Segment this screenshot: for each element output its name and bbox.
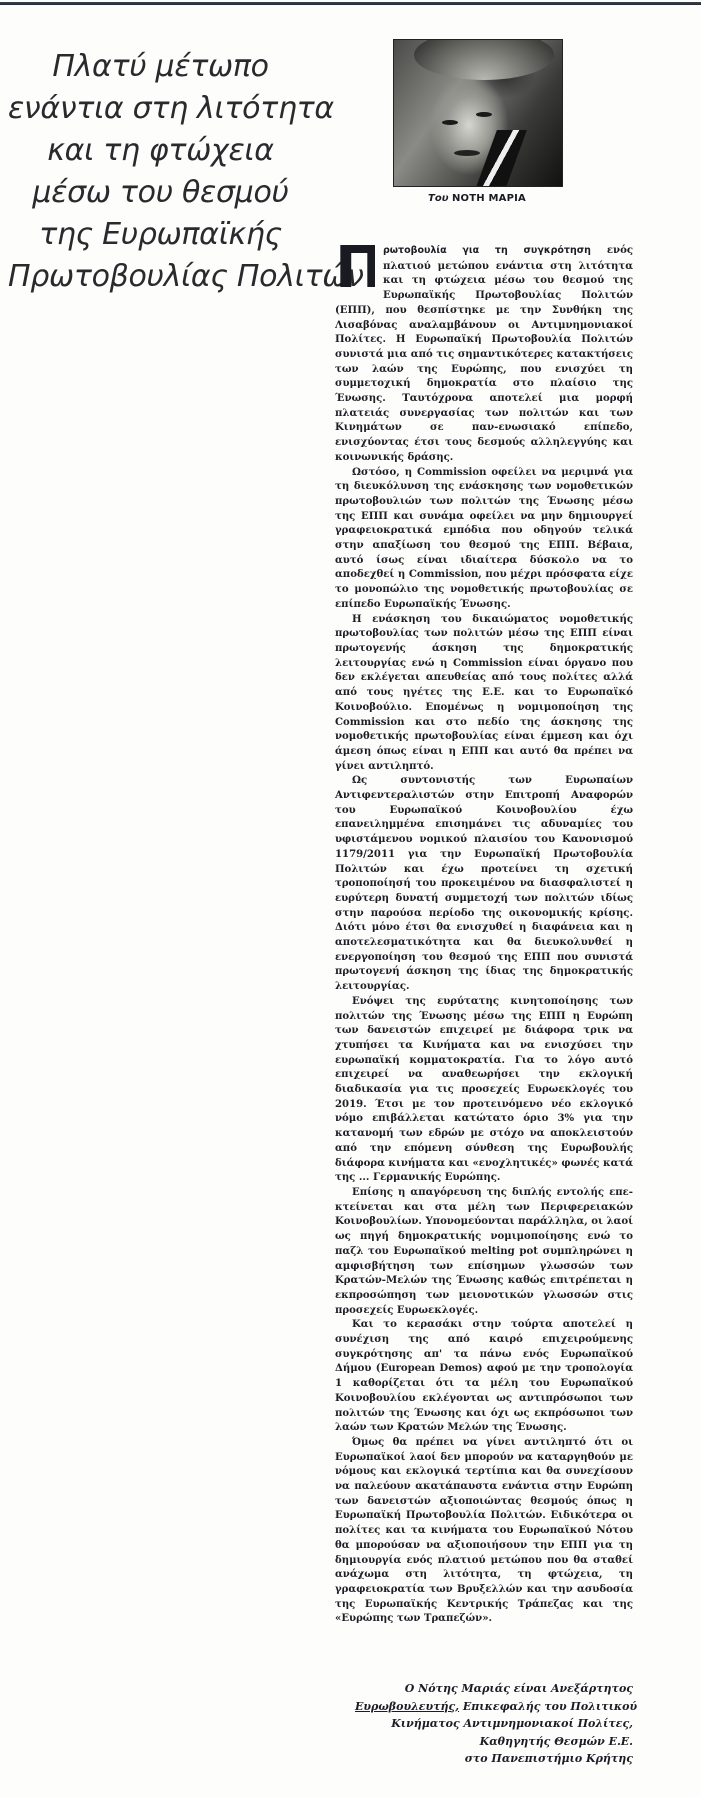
article-paragraph: Όμως θα πρέπει να γίνει αντιληπτό ότι οι… [335,1435,633,1626]
lead-in: ρωτοβουλία για τη συγκρότηση [383,245,591,256]
article-paragraph: Και το κερασάκι στην τούρτα αποτελεί η σ… [335,1317,633,1435]
headline-line: Πλατύ μέτωπο [8,46,313,88]
photo-eye [476,112,492,117]
article-paragraph: Πρωτοβουλία για τη συγκρότηση ενός πλατι… [335,243,633,465]
article-paragraph: Επίσης η απαγόρευση της διπλής εντολής ε… [335,1185,633,1317]
article-paragraph: Ωστόσο, η Commission οφείλει να μεριμνά … [335,465,633,612]
article-paragraph: Ενόψει της ευρύτατης κινητοποίησης των π… [335,994,633,1185]
article-paragraph: Ως συντονιστής των Ευρωπαίων Αντιφεντερα… [335,773,633,994]
byline: Του ΝΟΤΗ ΜΑΡΙΑ [393,193,561,204]
article-body: Πρωτοβουλία για τη συγκρότηση ενός πλατι… [335,243,633,1626]
drop-cap: Π [335,245,375,289]
byline-prefix: Του [428,193,448,204]
signature-line: Ευρωβουλευτής, Επικεφαλής του Πολιτικού [355,1698,633,1716]
headline: Πλατύ μέτωπο ενάντια στη λιτότητα και τη… [8,46,313,298]
headline-line: και τη φτώχεια [8,130,313,172]
paragraph-text: ενός πλατιού μετώπου ενάντια στη λιτότητ… [335,244,633,463]
byline-name: ΝΟΤΗ ΜΑΡΙΑ [452,193,526,204]
photo-mouth [454,150,480,156]
author-photo [393,39,563,187]
top-rule [0,2,701,5]
photo-hair [414,39,554,80]
headline-line: μέσω του θεσμού [8,172,313,214]
article-paragraph: Η ενάσκηση του δικαιώματος νομοθετικής π… [335,612,633,774]
headline-line: Πρωτοβουλίας Πολιτών [8,256,313,298]
signature-line-rest: Επικεφαλής του Πολιτικού [459,1700,637,1713]
signature-line: Ο Νότης Μαριάς είναι Ανεξάρτητος [355,1680,633,1698]
headline-line: ενάντια στη λιτότητα [8,88,313,130]
signature-line: Κινήματος Αντιμνημονιακοί Πολίτες, [355,1715,633,1733]
photo-collar [475,130,527,187]
signature-underlined: Ευρωβουλευτής, [355,1700,459,1713]
photo-eye [442,120,458,125]
signature-line: στο Πανεπιστήμιο Κρήτης [355,1750,633,1768]
headline-line: της Ευρωπαϊκής [8,214,313,256]
author-signature: Ο Νότης Μαριάς είναι Ανεξάρτητος Ευρωβου… [355,1680,633,1768]
signature-line: Καθηγητής Θεσμών Ε.Ε. [355,1733,633,1751]
